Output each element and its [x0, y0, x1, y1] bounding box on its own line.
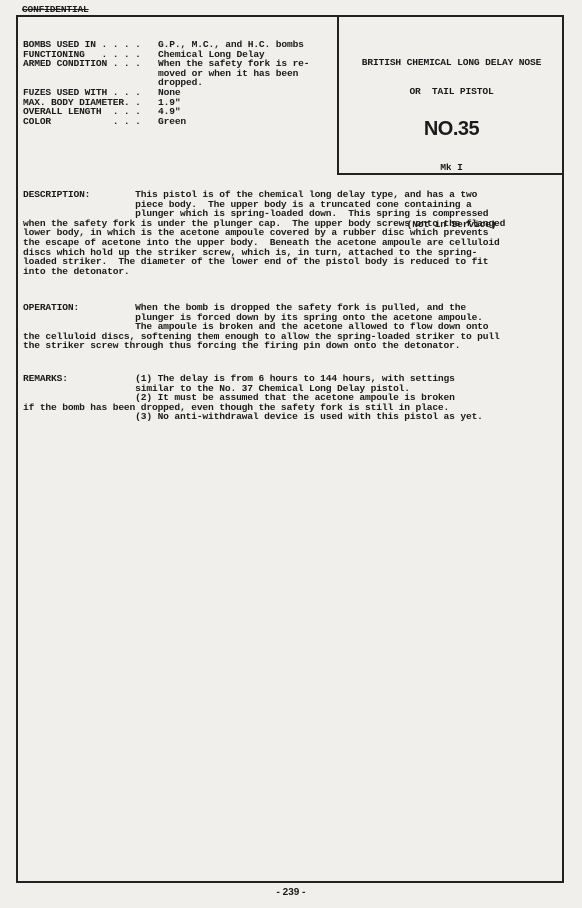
spec-label: COLOR . . .	[23, 117, 158, 127]
operation-body: When the bomb is dropped the safety fork…	[23, 303, 500, 351]
spec-label: ARMED CONDITION . . .	[23, 59, 158, 88]
page-number: - 239 -	[0, 887, 582, 898]
spec-row: COLOR . . .Green	[23, 117, 309, 127]
title-line-1: BRITISH CHEMICAL LONG DELAY NOSE	[339, 58, 564, 68]
mark-designation: Mk I	[339, 163, 564, 173]
pistol-number: NO.35	[339, 118, 564, 140]
spec-value: When the safety fork is re- moved or whe…	[158, 59, 309, 88]
specifications-list: BOMBS USED IN . . . .G.P., M.C., and H.C…	[23, 40, 309, 126]
text-line: into the detonator.	[23, 267, 505, 277]
operation-section: OPERATION: When the bomb is dropped the …	[23, 303, 34, 332]
text-line: (3) No anti-withdrawal device is used wi…	[23, 412, 483, 422]
remarks-body: (1) The delay is from 6 hours to 144 hou…	[23, 374, 483, 422]
title-line-2: OR TAIL PISTOL	[339, 87, 564, 97]
title-box: BRITISH CHEMICAL LONG DELAY NOSE OR TAIL…	[337, 15, 564, 175]
remarks-section: REMARKS: (1) The delay is from 6 hours t…	[23, 374, 34, 403]
spec-value: Green	[158, 117, 186, 127]
text-line: the striker screw through thus forcing t…	[23, 341, 500, 351]
description-section: DESCRIPTION: This pistol is of the chemi…	[23, 190, 34, 219]
description-body: This pistol is of the chemical long dela…	[23, 190, 505, 276]
spec-row: ARMED CONDITION . . .When the safety for…	[23, 59, 309, 88]
classification-stamp: CONFIDENTIAL	[22, 5, 89, 15]
